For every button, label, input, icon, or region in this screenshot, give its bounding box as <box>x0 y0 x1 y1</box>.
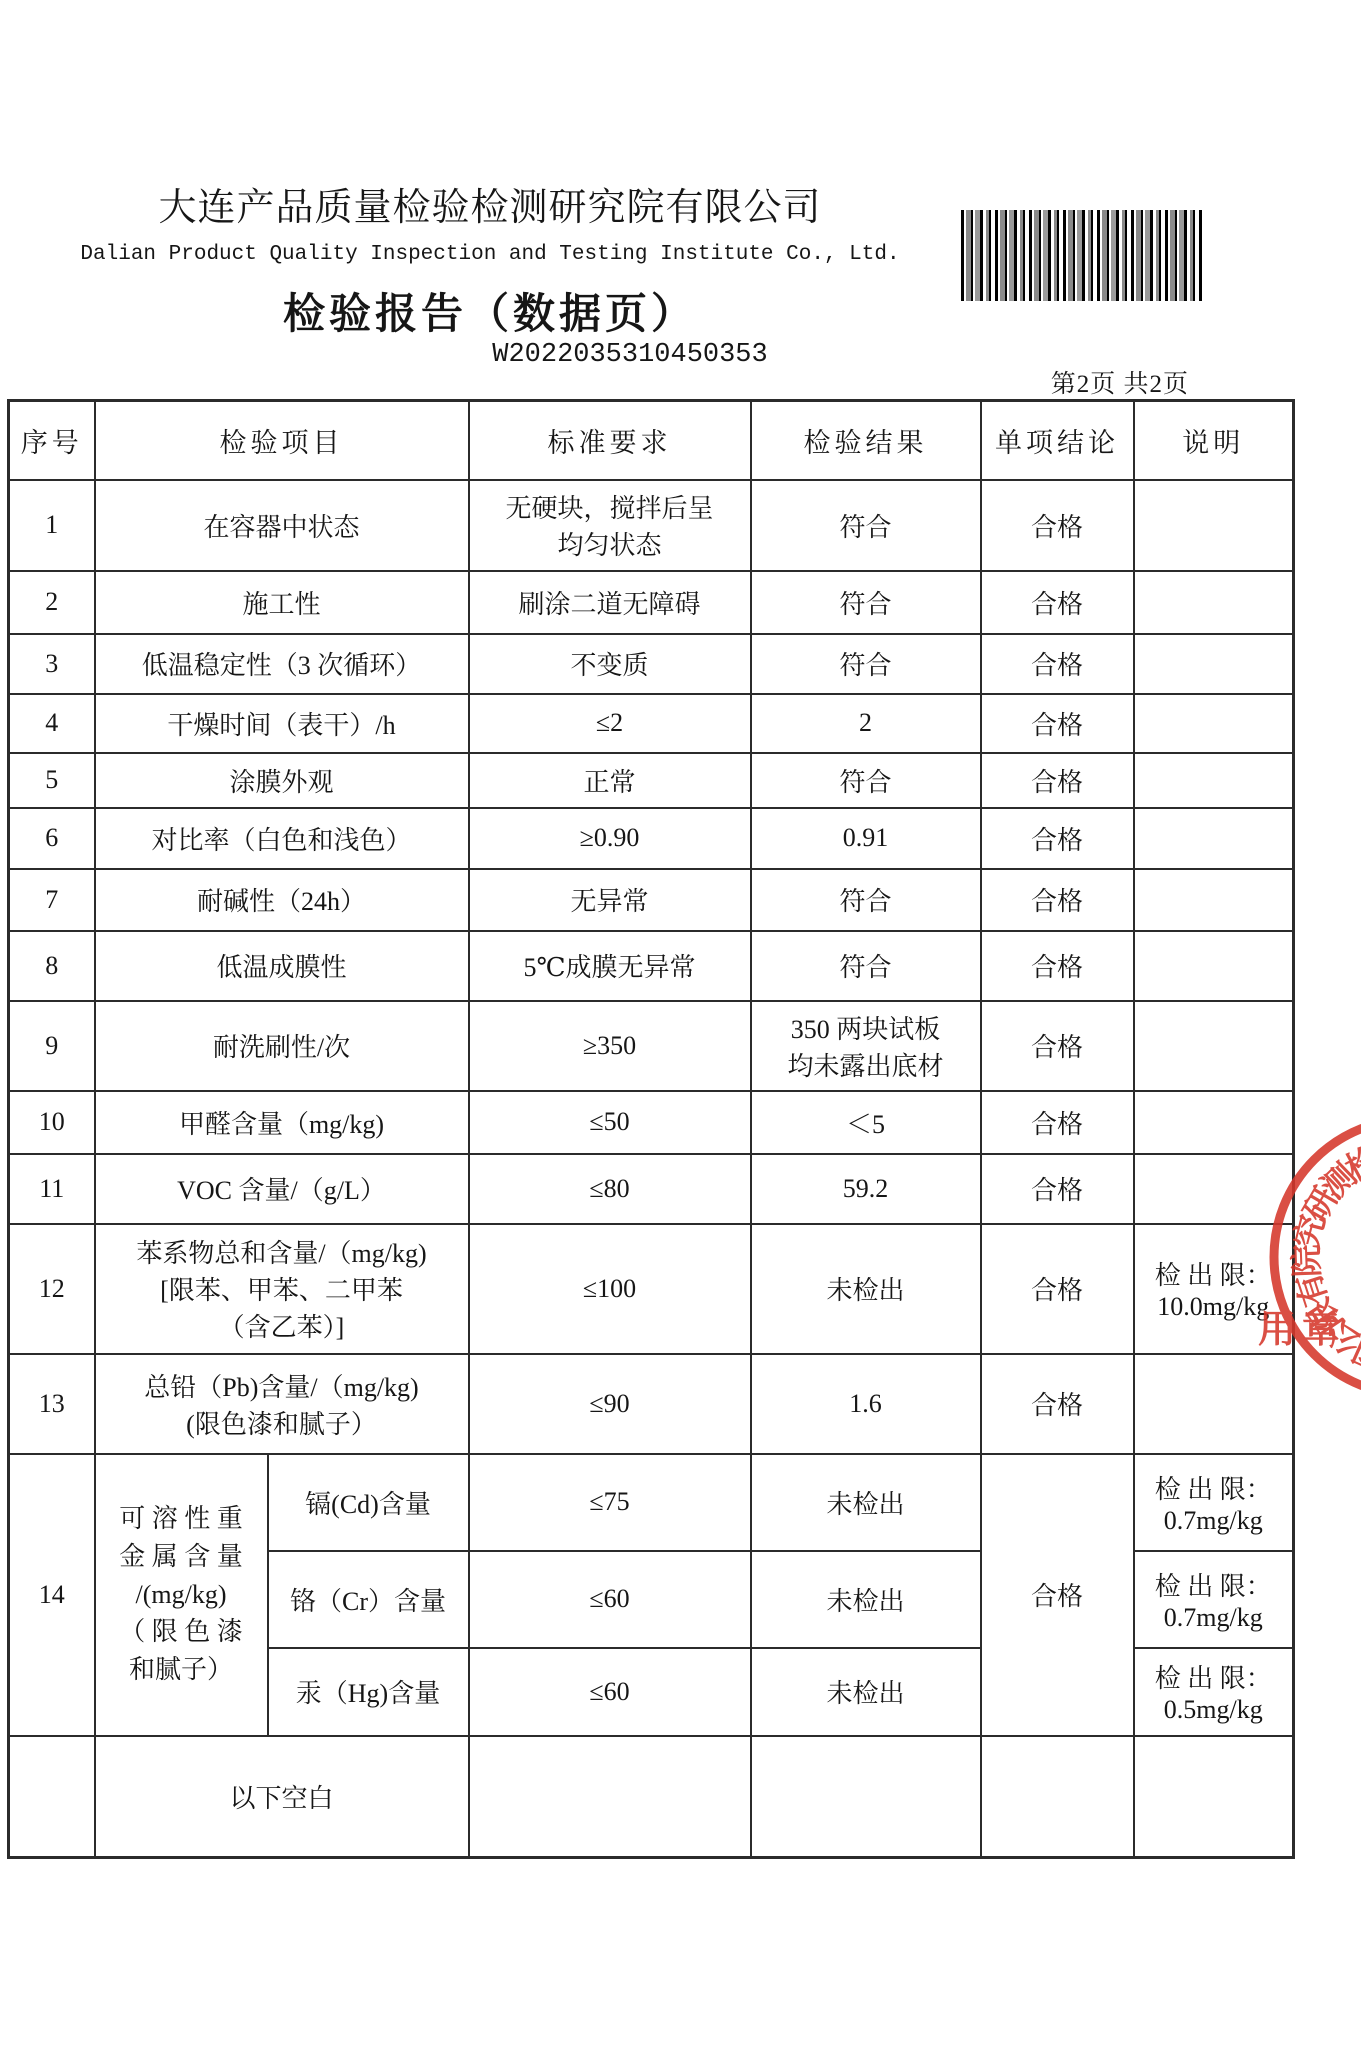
cell-note <box>1134 1354 1294 1454</box>
seal-arc-char: 有 <box>1290 1268 1335 1311</box>
cell-no: 4 <box>9 694 95 753</box>
barcode <box>961 210 1203 301</box>
cell-item: 甲醛含量（mg/kg) <box>95 1091 469 1154</box>
cell-requirement: 正常 <box>469 753 751 808</box>
cell-no: 11 <box>9 1154 95 1224</box>
cell-result: 1.6 <box>751 1354 981 1454</box>
cell-conclusion: 合格 <box>981 753 1134 808</box>
cell-item: 对比率（白色和浅色） <box>95 808 469 869</box>
table-row-group-14: 14 可 溶 性 重 金 属 含 量 /(mg/kg) （ 限 色 漆 和腻子）… <box>9 1454 1294 1551</box>
cell-conclusion: 合格 <box>981 1154 1134 1224</box>
cell-result: 符合 <box>751 753 981 808</box>
results-table: 序号 检验项目 标准要求 检验结果 单项结论 说明 1 在容器中状态 无硬块，搅… <box>7 399 1295 1859</box>
cell-no: 1 <box>9 480 95 571</box>
cell-conclusion: 合格 <box>981 808 1134 869</box>
table-row: 8 低温成膜性 5℃成膜无异常 符合 合格 <box>9 931 1294 1001</box>
report-number: W2022035310450353 <box>350 340 910 370</box>
cell-result: 符合 <box>751 571 981 634</box>
cell-conclusion: 合格 <box>981 1454 1134 1736</box>
cell-note <box>1134 1736 1294 1858</box>
cell-no: 8 <box>9 931 95 1001</box>
table-row: 1 在容器中状态 无硬块，搅拌后呈 均匀状态 符合 合格 <box>9 480 1294 571</box>
table-row: 11 VOC 含量/（g/L） ≤80 59.2 合格 <box>9 1154 1294 1224</box>
cell-item: 耐碱性（24h） <box>95 869 469 931</box>
table-row: 13 总铅（Pb)含量/（mg/kg) (限色漆和腻子） ≤90 1.6 合格 <box>9 1354 1294 1454</box>
cell-conclusion: 合格 <box>981 694 1134 753</box>
cell-item: 低温成膜性 <box>95 931 469 1001</box>
cell-item: 低温稳定性（3 次循环） <box>95 634 469 694</box>
cell-note <box>1134 869 1294 931</box>
cell-no <box>9 1736 95 1858</box>
cell-note <box>1134 1154 1294 1224</box>
company-name-cn: 大连产品质量检验检测研究院有限公司 <box>10 176 970 231</box>
cell-requirement: 5℃成膜无异常 <box>469 931 751 1001</box>
cell-note <box>1134 1001 1294 1091</box>
col-header-note: 说明 <box>1134 401 1294 480</box>
cell-result: 未检出 <box>751 1454 981 1551</box>
cell-note <box>1134 808 1294 869</box>
cell-item: 总铅（Pb)含量/（mg/kg) (限色漆和腻子） <box>95 1354 469 1454</box>
cell-note <box>1134 634 1294 694</box>
table-row: 3 低温稳定性（3 次循环） 不变质 符合 合格 <box>9 634 1294 694</box>
cell-no: 13 <box>9 1354 95 1454</box>
cell-requirement: ≤2 <box>469 694 751 753</box>
cell-conclusion: 合格 <box>981 480 1134 571</box>
seal-arc-char: 研 <box>1298 1182 1346 1229</box>
cell-requirement: ≤50 <box>469 1091 751 1154</box>
cell-result: ＜5 <box>751 1091 981 1154</box>
cell-item: 施工性 <box>95 571 469 634</box>
cell-note <box>1134 694 1294 753</box>
cell-result: 符合 <box>751 931 981 1001</box>
cell-subitem: 汞（Hg)含量 <box>268 1648 469 1736</box>
cell-note <box>1134 1091 1294 1154</box>
cell-conclusion: 合格 <box>981 1224 1134 1354</box>
table-row: 10 甲醛含量（mg/kg) ≤50 ＜5 合格 <box>9 1091 1294 1154</box>
cell-requirement: ≥0.90 <box>469 808 751 869</box>
cell-subitem: 镉(Cd)含量 <box>268 1454 469 1551</box>
cell-no: 7 <box>9 869 95 931</box>
report-title: 检验报告（数据页） <box>10 281 970 341</box>
cell-conclusion: 合格 <box>981 1091 1134 1154</box>
cell-no: 12 <box>9 1224 95 1354</box>
cell-result: 符合 <box>751 869 981 931</box>
cell-result: 未检出 <box>751 1551 981 1648</box>
cell-requirement: ≤75 <box>469 1454 751 1551</box>
seal-arc-char: 司 <box>1347 1329 1361 1376</box>
company-name-en: Dalian Product Quality Inspection and Te… <box>10 243 970 266</box>
cell-subitem: 铬（Cr）含量 <box>268 1551 469 1648</box>
col-header-result: 检验结果 <box>751 401 981 480</box>
col-header-conclusion: 单项结论 <box>981 401 1134 480</box>
cell-result: 0.91 <box>751 808 981 869</box>
table-row: 5 涂膜外观 正常 符合 合格 <box>9 753 1294 808</box>
cell-note: 检 出 限： 0.7mg/kg <box>1134 1454 1294 1551</box>
cell-note: 检 出 限： 0.7mg/kg <box>1134 1551 1294 1648</box>
seal-arc-char: 公 <box>1321 1312 1361 1361</box>
cell-requirement: 无异常 <box>469 869 751 931</box>
cell-item: 以下空白 <box>95 1736 469 1858</box>
table-row: 7 耐碱性（24h） 无异常 符合 合格 <box>9 869 1294 931</box>
cell-item: 耐洗刷性/次 <box>95 1001 469 1091</box>
table-row: 6 对比率（白色和浅色） ≥0.90 0.91 合格 <box>9 808 1294 869</box>
cell-note <box>1134 931 1294 1001</box>
table-footer-row: 以下空白 <box>9 1736 1294 1858</box>
cell-item: 苯系物总和含量/（mg/kg) [限苯、甲苯、二甲苯 （含乙苯）] <box>95 1224 469 1354</box>
cell-requirement: ≤100 <box>469 1224 751 1354</box>
table-row: 4 干燥时间（表干）/h ≤2 2 合格 <box>9 694 1294 753</box>
cell-note <box>1134 480 1294 571</box>
cell-item: 在容器中状态 <box>95 480 469 571</box>
cell-requirement: 刷涂二道无障碍 <box>469 571 751 634</box>
cell-no: 9 <box>9 1001 95 1091</box>
cell-conclusion: 合格 <box>981 931 1134 1001</box>
cell-result: 2 <box>751 694 981 753</box>
seal-arc-char: 检 <box>1340 1141 1361 1189</box>
col-header-requirement: 标准要求 <box>469 401 751 480</box>
cell-no: 14 <box>9 1454 95 1736</box>
seal-arc-char: 限 <box>1301 1291 1350 1339</box>
report-page: 大连产品质量检验检测研究院有限公司 Dalian Product Quality… <box>0 0 1361 2048</box>
cell-no: 3 <box>9 634 95 694</box>
cell-requirement <box>469 1736 751 1858</box>
cell-no: 6 <box>9 808 95 869</box>
table-row: 2 施工性 刷涂二道无障碍 符合 合格 <box>9 571 1294 634</box>
cell-no: 10 <box>9 1091 95 1154</box>
table-row: 12 苯系物总和含量/（mg/kg) [限苯、甲苯、二甲苯 （含乙苯）] ≤10… <box>9 1224 1294 1354</box>
cell-requirement: ≥350 <box>469 1001 751 1091</box>
cell-item-main: 可 溶 性 重 金 属 含 量 /(mg/kg) （ 限 色 漆 和腻子） <box>95 1454 268 1736</box>
cell-requirement: ≤60 <box>469 1648 751 1736</box>
cell-note: 检 出 限： 0.5mg/kg <box>1134 1648 1294 1736</box>
col-header-no: 序号 <box>9 401 95 480</box>
cell-conclusion: 合格 <box>981 571 1134 634</box>
cell-item: 涂膜外观 <box>95 753 469 808</box>
cell-result: 未检出 <box>751 1224 981 1354</box>
cell-requirement: ≤80 <box>469 1154 751 1224</box>
cell-conclusion <box>981 1736 1134 1858</box>
cell-requirement: 不变质 <box>469 634 751 694</box>
cell-note: 检 出 限： 10.0mg/kg <box>1134 1224 1294 1354</box>
cell-conclusion: 合格 <box>981 1354 1134 1454</box>
table-row: 9 耐洗刷性/次 ≥350 350 两块试板 均未露出底材 合格 <box>9 1001 1294 1091</box>
cell-requirement: ≤90 <box>469 1354 751 1454</box>
cell-result: 未检出 <box>751 1648 981 1736</box>
page-indicator: 第2页 共2页 <box>1051 364 1189 400</box>
cell-result <box>751 1736 981 1858</box>
cell-result: 符合 <box>751 634 981 694</box>
cell-result: 59.2 <box>751 1154 981 1224</box>
cell-no: 5 <box>9 753 95 808</box>
cell-result: 符合 <box>751 480 981 571</box>
seal-arc-char: 测 <box>1315 1157 1361 1207</box>
cell-conclusion: 合格 <box>981 869 1134 931</box>
cell-requirement: 无硬块，搅拌后呈 均匀状态 <box>469 480 751 571</box>
cell-conclusion: 合格 <box>981 634 1134 694</box>
cell-requirement: ≤60 <box>469 1551 751 1648</box>
cell-result: 350 两块试板 均未露出底材 <box>751 1001 981 1091</box>
cell-no: 2 <box>9 571 95 634</box>
table-header-row: 序号 检验项目 标准要求 检验结果 单项结论 说明 <box>9 401 1294 480</box>
cell-note <box>1134 753 1294 808</box>
col-header-item: 检验项目 <box>95 401 469 480</box>
cell-item: 干燥时间（表干）/h <box>95 694 469 753</box>
cell-note <box>1134 571 1294 634</box>
cell-item: VOC 含量/（g/L） <box>95 1154 469 1224</box>
cell-conclusion: 合格 <box>981 1001 1134 1091</box>
